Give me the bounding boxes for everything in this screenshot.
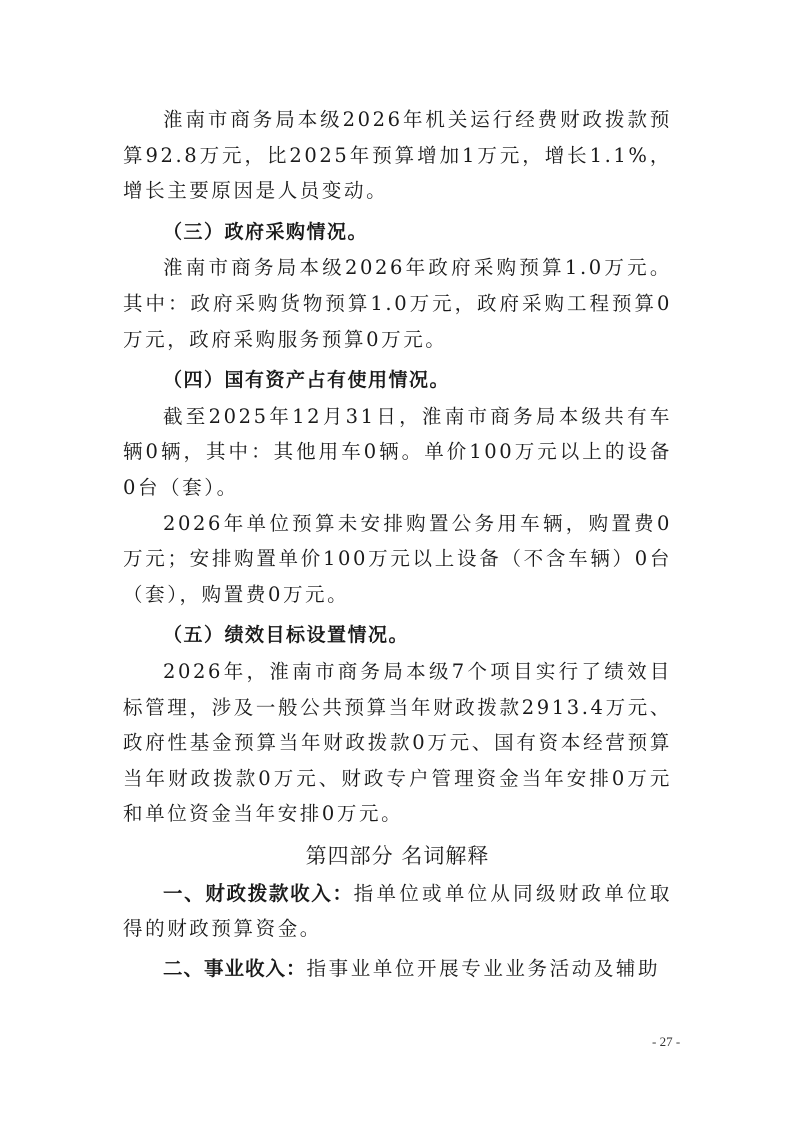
definition-text: 指事业单位开展专业业务活动及辅助	[307, 957, 661, 980]
section-title: 第四部分 名词解释	[123, 836, 672, 876]
definition-term: 二、事业收入：	[163, 957, 307, 980]
heading-government-procurement: （三）政府采购情况。	[123, 215, 672, 251]
paragraph-government-procurement: 淮南市商务局本级2026年政府采购预算1.0万元。其中：政府采购货物预算1.0万…	[123, 250, 672, 357]
document-page: 淮南市商务局本级2026年机关运行经费财政拨款预算92.8万元，比2025年预算…	[123, 102, 672, 987]
paragraph-state-assets: 截至2025年12月31日，淮南市商务局本级共有车辆0辆，其中：其他用车0辆。单…	[123, 399, 672, 506]
paragraph-vehicle-purchase: 2026年单位预算未安排购置公务用车辆，购置费0万元；安排购置单价100万元以上…	[123, 506, 672, 613]
definition-business-income: 二、事业收入：指事业单位开展专业业务活动及辅助	[123, 951, 672, 987]
definition-term: 一、财政拨款收入：	[163, 882, 354, 905]
heading-performance-goals: （五）绩效目标设置情况。	[123, 618, 672, 654]
heading-state-assets: （四）国有资产占有使用情况。	[123, 363, 672, 399]
definition-fiscal-appropriation: 一、财政拨款收入：指单位或单位从同级财政单位取得的财政预算资金。	[123, 876, 672, 947]
paragraph-performance-goals: 2026年，淮南市商务局本级7个项目实行了绩效目标管理，涉及一般公共预算当年财政…	[123, 654, 672, 832]
paragraph-operating-expenses: 淮南市商务局本级2026年机关运行经费财政拨款预算92.8万元，比2025年预算…	[123, 102, 672, 209]
page-number: - 27 -	[652, 1034, 680, 1050]
